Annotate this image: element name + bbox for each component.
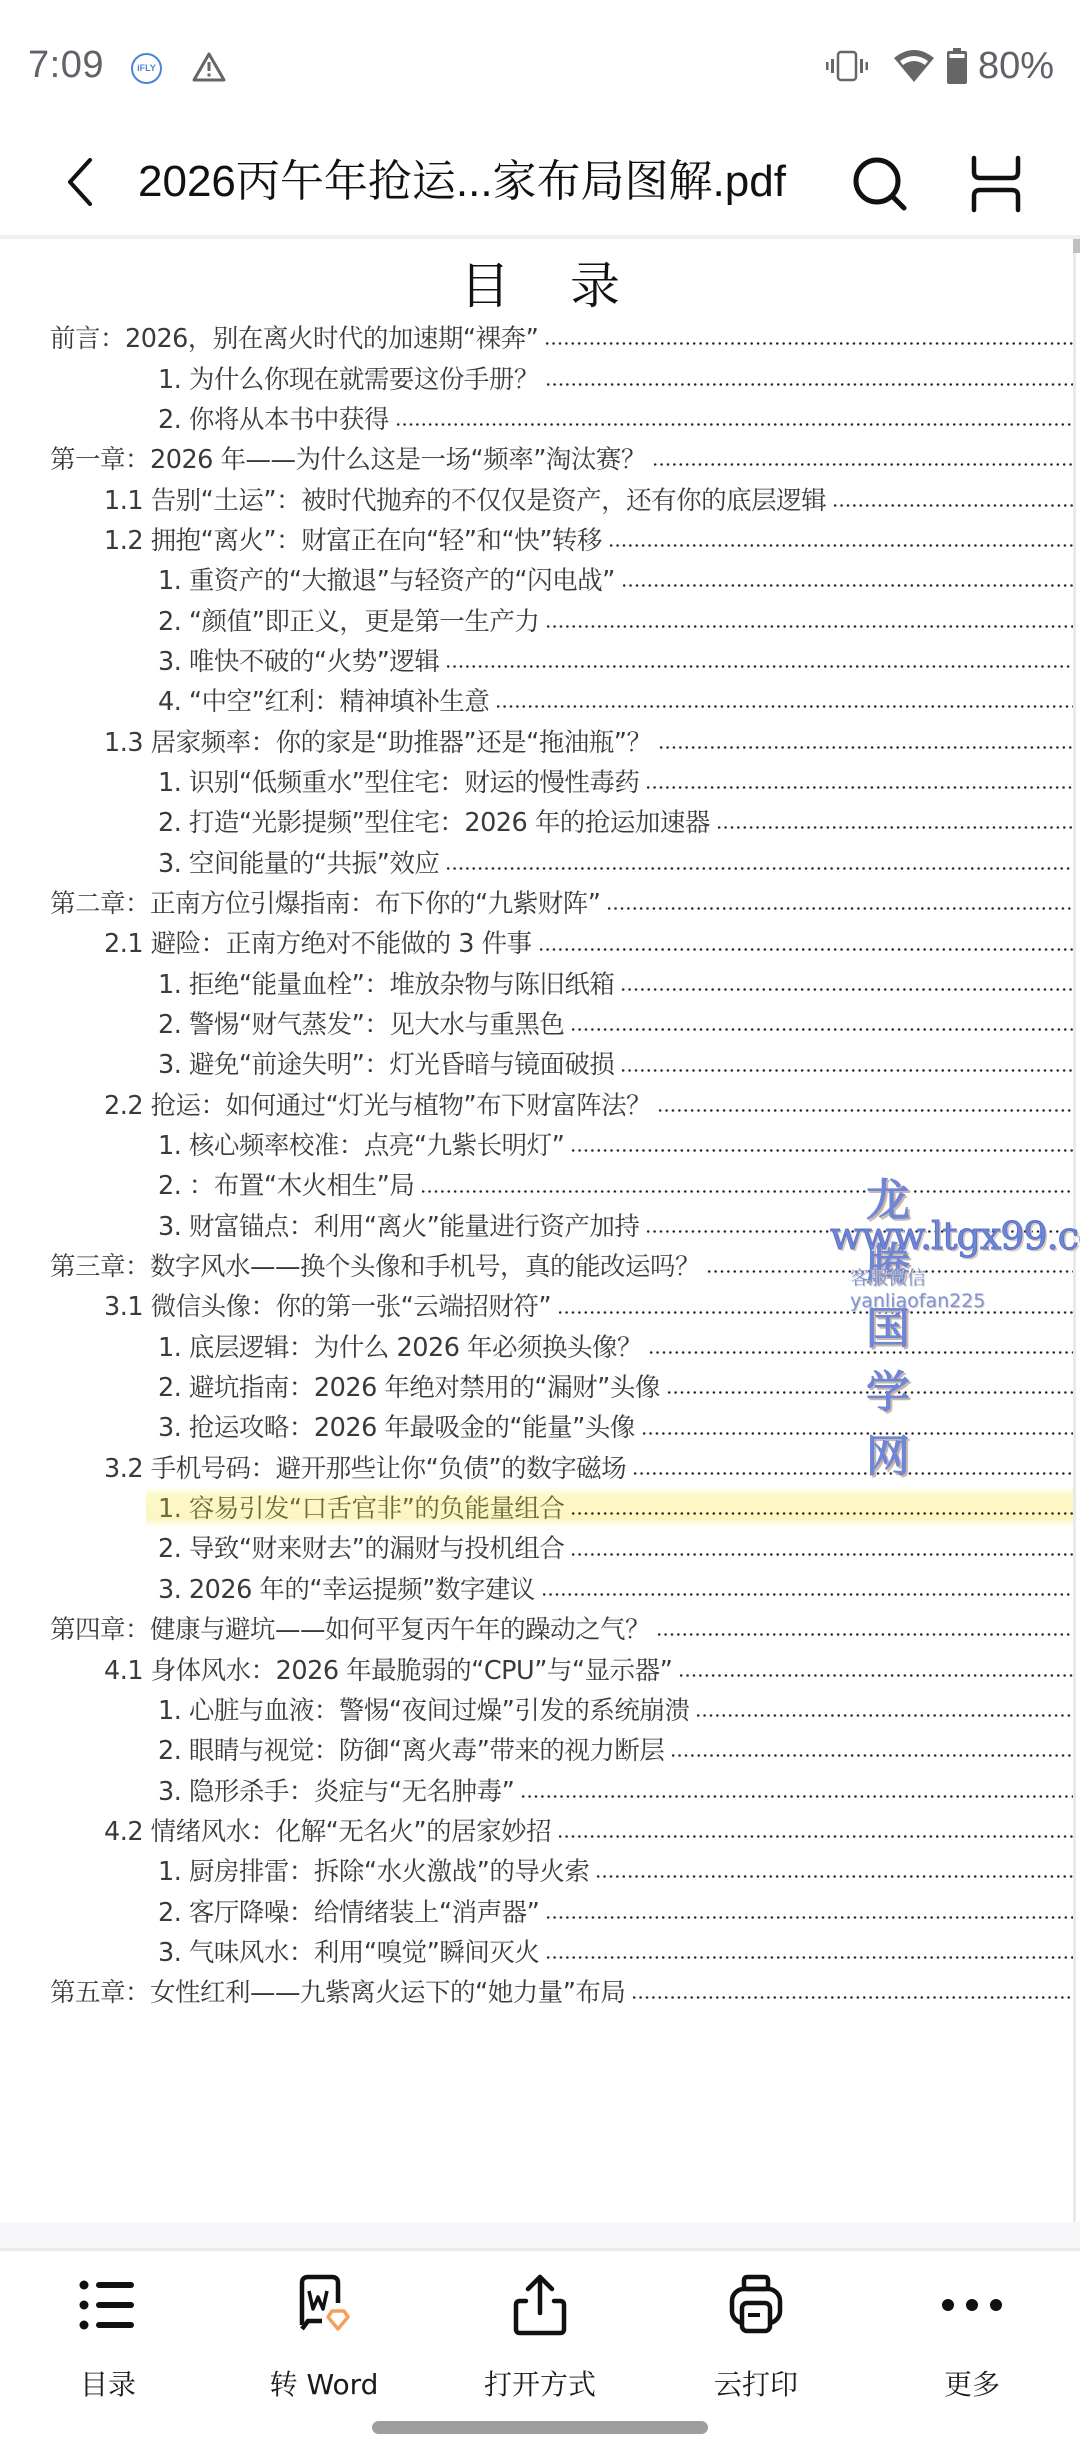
toc-subsection-entry[interactable]: 1. 厨房排雷：拆除“水火激战”的导火索 [0, 1850, 1076, 1890]
toc-dot-leader [606, 882, 1076, 922]
toc-dot-leader [570, 1003, 1076, 1043]
toc-dot-leader [570, 1124, 1076, 1164]
toc-subsection-entry[interactable]: 3. 避免“前途失明”：灯光昏暗与镜面破损 [0, 1043, 1076, 1083]
toc-chapter-entry[interactable]: 第四章：健康与避坑——如何平复丙午年的躁动之气？ [0, 1608, 1076, 1648]
toc-dot-leader [545, 1931, 1076, 1971]
convert-word-icon [292, 2273, 356, 2337]
toc-dot-leader [520, 1769, 1076, 1809]
toc-dot-leader [545, 1890, 1076, 1930]
toc-entry-text: 1. 底层逻辑：为什么 2026 年必须换头像？ [158, 1328, 642, 1364]
toc-dot-leader [545, 599, 1076, 639]
search-icon[interactable] [850, 154, 910, 214]
battery-icon [946, 48, 968, 84]
toc-dot-leader [608, 519, 1076, 559]
toc-dot-leader [495, 680, 1076, 720]
toc-entry-text: 1. 重资产的“大撤退”与轻资产的“闪电战” [158, 561, 615, 597]
toc-dot-leader [666, 1366, 1076, 1406]
toc-chapter-entry[interactable]: 前言：2026，别在离火时代的加速期“裸奔” [0, 317, 1076, 357]
toc-entry-text: 第四章：健康与避坑——如何平复丙午年的躁动之气？ [50, 1610, 650, 1646]
toc-subsection-entry[interactable]: 2. “颜值”即正义，更是第一生产力 [0, 599, 1076, 639]
toc-subsection-entry[interactable]: 1. 重资产的“大撤退”与轻资产的“闪电战” [0, 559, 1076, 599]
toc-chapter-entry[interactable]: 第五章：女性红利——九紫离火运下的“她力量”布局 [0, 1971, 1076, 2011]
toc-dot-leader [595, 1850, 1076, 1890]
more-button[interactable]: 更多 [864, 2251, 1080, 2426]
toc-entry-text: 2. 警惕“财气蒸发”：见大水与重黑色 [158, 1005, 564, 1041]
toc-subsection-entry[interactable]: 2. 警惕“财气蒸发”：见大水与重黑色 [0, 1003, 1076, 1043]
toc-subsection-entry[interactable]: 2. 你将从本书中获得 [0, 398, 1076, 438]
table-of-contents: 前言：2026，别在离火时代的加速期“裸奔”1. 为什么你现在就需要这份手册？2… [0, 317, 1076, 2011]
toc-dot-leader [658, 720, 1076, 760]
reading-mode-icon[interactable] [968, 154, 1024, 214]
toc-entry-text: 2.2 抢运：如何通过“灯光与植物”布下财富阵法？ [104, 1086, 651, 1122]
status-bar: 7:09 iFLY 80% [0, 0, 1080, 130]
toc-subsection-entry[interactable]: 4. “中空”红利：精神填补生意 [0, 680, 1076, 720]
cloud-print-label: 云打印 [714, 2363, 798, 2403]
toc-dot-leader [545, 357, 1076, 397]
toc-dot-leader [648, 1326, 1076, 1366]
toc-dot-leader [656, 1608, 1076, 1648]
toc-section-entry[interactable]: 1.1 告别“土运”：被时代抛弃的不仅仅是资产，还有你的底层逻辑 [0, 478, 1076, 518]
toc-section-entry[interactable]: 1.3 居家频率：你的家是“助推器”还是“拖油瓶”？ [0, 720, 1076, 760]
cloud-print-button[interactable]: 云打印 [648, 2251, 864, 2426]
toc-dot-leader [445, 841, 1076, 881]
toc-entry-text: 第五章：女性红利——九紫离火运下的“她力量”布局 [50, 1973, 625, 2009]
toc-entry-text: 3. 气味风水：利用“嗅觉”瞬间灭火 [158, 1933, 539, 1969]
toc-entry-text: 4.2 情绪风水：化解“无名火”的居家妙招 [104, 1812, 551, 1848]
toc-dot-leader [695, 1689, 1076, 1729]
toc-subsection-entry[interactable]: 3. 空间能量的“共振”效应 [0, 841, 1076, 881]
toc-entry-text: 3. 空间能量的“共振”效应 [158, 844, 439, 880]
toc-dot-leader [645, 761, 1076, 801]
toc-chapter-entry[interactable]: 第三章：数字风水——换个头像和手机号，真的能改运吗？ [0, 1245, 1076, 1285]
document-title: 2026丙午年抢运...家布局图解.pdf [138, 150, 786, 214]
toc-section-entry[interactable]: 3.1 微信头像：你的第一张“云端招财符” [0, 1285, 1076, 1325]
toc-list-icon [78, 2277, 138, 2333]
toc-entry-text: 第三章：数字风水——换个头像和手机号，真的能改运吗？ [50, 1247, 700, 1283]
toc-dot-leader [395, 398, 1076, 438]
back-arrow-icon[interactable] [58, 152, 108, 212]
toc-dot-leader [420, 1164, 1076, 1204]
toc-entry-text: 4.1 身体风水：2026 年最脆弱的“CPU”与“显示器” [104, 1651, 672, 1687]
toc-dot-leader [716, 801, 1076, 841]
toc-subsection-entry[interactable]: 1. 底层逻辑：为什么 2026 年必须换头像？ [0, 1326, 1076, 1366]
toc-subsection-entry[interactable]: 3. 财富锚点：利用“离火”能量进行资产加持 [0, 1205, 1076, 1245]
toc-dot-leader [670, 1729, 1076, 1769]
toc-subsection-entry[interactable]: 1. 拒绝“能量血栓”：堆放杂物与陈旧纸箱 [0, 963, 1076, 1003]
pdf-page[interactable]: 目录 前言：2026，别在离火时代的加速期“裸奔”1. 为什么你现在就需要这份手… [0, 239, 1076, 2222]
toc-dot-leader [657, 1084, 1076, 1124]
toc-subsection-entry[interactable]: 2. 避坑指南：2026 年绝对禁用的“漏财”头像 [0, 1366, 1076, 1406]
more-label: 更多 [944, 2363, 1000, 2403]
toc-heading: 目录 [0, 251, 1076, 321]
toc-subsection-entry[interactable]: 2. 眼睛与视觉：防御“离火毒”带来的视力断层 [0, 1729, 1076, 1769]
toc-section-entry[interactable]: 1.2 拥抱“离火”：财富正在向“轻”和“快”转移 [0, 519, 1076, 559]
toc-dot-leader [678, 1648, 1076, 1688]
toc-entry-text: 2.1 避险：正南方绝对不能做的 3 件事 [104, 924, 532, 960]
toc-subsection-entry[interactable]: 1. 容易引发“口舌官非”的负能量组合 [146, 1487, 1076, 1527]
toc-entry-text: 1. 识别“低频重水”型住宅：财运的慢性毒药 [158, 763, 639, 799]
more-icon [940, 2295, 1004, 2315]
ifly-icon: iFLY [131, 53, 162, 84]
open-with-button[interactable]: 打开方式 [432, 2251, 648, 2426]
toc-dot-leader [641, 1406, 1076, 1446]
cloud-print-icon [726, 2273, 786, 2337]
toc-entry-text: 3. 唯快不破的“火势”逻辑 [158, 642, 439, 678]
toc-entry-text: 2. 你将从本书中获得 [158, 400, 389, 436]
toc-subsection-entry[interactable]: 2. ：布置“木火相生”局 [0, 1164, 1076, 1204]
toc-dot-leader [570, 1527, 1076, 1567]
convert-word-label: 转 Word [270, 2363, 379, 2403]
toc-entry-text: 1. 心脏与血液：警惕“夜间过燥”引发的系统崩溃 [158, 1691, 689, 1727]
toc-dot-leader [645, 1205, 1076, 1245]
toc-entry-text: 2. “颜值”即正义，更是第一生产力 [158, 602, 539, 638]
toc-entry-text: 3. 隐形杀手：炎症与“无名肿毒” [158, 1772, 514, 1808]
toc-entry-text: 3. 抢运攻略：2026 年最吸金的“能量”头像 [158, 1408, 635, 1444]
toc-entry-text: 1. 核心频率校准：点亮“九紫长明灯” [158, 1126, 564, 1162]
toc-dot-leader [541, 1568, 1076, 1608]
toc-entry-text: 2. 眼睛与视觉：防御“离火毒”带来的视力断层 [158, 1731, 664, 1767]
bottom-toolbar: 目录 转 Word 打开方式 [0, 2251, 1080, 2426]
toc-button-label: 目录 [80, 2363, 136, 2403]
toc-section-entry[interactable]: 4.1 身体风水：2026 年最脆弱的“CPU”与“显示器” [0, 1648, 1076, 1688]
toc-entry-text: 3. 财富锚点：利用“离火”能量进行资产加持 [158, 1207, 639, 1243]
toc-subsection-entry[interactable]: 1. 为什么你现在就需要这份手册？ [0, 357, 1076, 397]
toc-entry-text: 2. 导致“财来财去”的漏财与投机组合 [158, 1529, 564, 1565]
system-status-icons: 80% [826, 40, 1054, 92]
toc-subsection-entry[interactable]: 3. 隐形杀手：炎症与“无名肿毒” [0, 1769, 1076, 1809]
toc-section-entry[interactable]: 2.1 避险：正南方绝对不能做的 3 件事 [0, 922, 1076, 962]
toc-section-entry[interactable]: 3.2 手机号码：避开那些让你“负债”的数字磁场 [0, 1447, 1076, 1487]
toc-subsection-entry[interactable]: 3. 抢运攻略：2026 年最吸金的“能量”头像 [0, 1406, 1076, 1446]
toc-entry-text: 3.1 微信头像：你的第一张“云端招财符” [104, 1287, 551, 1323]
toc-entry-text: 4. “中空”红利：精神填补生意 [158, 682, 489, 718]
toc-dot-leader [557, 1285, 1076, 1325]
toc-section-entry[interactable]: 2.2 抢运：如何通过“灯光与植物”布下财富阵法？ [0, 1084, 1076, 1124]
toc-dot-leader [706, 1245, 1076, 1285]
wifi-icon [892, 48, 936, 84]
toc-entry-text: 2. ：布置“木火相生”局 [158, 1166, 414, 1202]
toc-subsection-entry[interactable]: 2. 客厅降噪：给情绪装上“消声器” [0, 1890, 1076, 1930]
home-indicator[interactable] [372, 2421, 708, 2434]
vibrate-icon [826, 50, 868, 82]
page-gap [0, 2222, 1080, 2250]
toc-dot-leader [631, 1971, 1076, 2011]
convert-word-button[interactable]: 转 Word [216, 2251, 432, 2426]
toc-button[interactable]: 目录 [0, 2251, 216, 2426]
toc-dot-leader [538, 922, 1076, 962]
toc-dot-leader [557, 1810, 1076, 1850]
toc-entry-text: 1.2 拥抱“离火”：财富正在向“轻”和“快”转移 [104, 521, 602, 557]
toc-dot-leader [570, 1487, 1076, 1527]
toc-dot-leader [621, 559, 1076, 599]
toc-dot-leader [620, 1043, 1076, 1083]
toc-dot-leader [544, 317, 1076, 357]
toc-entry-text: 3. 2026 年的“幸运提频”数字建议 [158, 1570, 535, 1606]
share-open-with-icon [510, 2273, 570, 2337]
toc-entry-text: 第二章：正南方位引爆指南：布下你的“九紫财阵” [50, 884, 600, 920]
warning-icon [192, 52, 226, 82]
battery-percent: 80% [978, 45, 1054, 88]
toc-entry-text: 第一章：2026 年——为什么这是一场“频率”淘汰赛？ [50, 440, 646, 476]
toc-entry-text: 2. 客厅降噪：给情绪装上“消声器” [158, 1893, 539, 1929]
toc-subsection-entry[interactable]: 3. 气味风水：利用“嗅觉”瞬间灭火 [0, 1931, 1076, 1971]
toc-dot-leader [620, 963, 1076, 1003]
toc-entry-text: 前言：2026，别在离火时代的加速期“裸奔” [50, 319, 538, 355]
toc-subsection-entry[interactable]: 2. 打造“光影提频”型住宅：2026 年的抢运加速器 [0, 801, 1076, 841]
toc-entry-text: 1.3 居家频率：你的家是“助推器”还是“拖油瓶”？ [104, 723, 652, 759]
toc-subsection-entry[interactable]: 3. 唯快不破的“火势”逻辑 [0, 640, 1076, 680]
toc-entry-text: 3. 避免“前途失明”：灯光昏暗与镜面破损 [158, 1045, 614, 1081]
toc-dot-leader [632, 1447, 1076, 1487]
toc-subsection-entry[interactable]: 1. 核心频率校准：点亮“九紫长明灯” [0, 1124, 1076, 1164]
app-header: 2026丙午年抢运...家布局图解.pdf [0, 130, 1080, 238]
toc-section-entry[interactable]: 4.2 情绪风水：化解“无名火”的居家妙招 [0, 1810, 1076, 1850]
toc-dot-leader [832, 478, 1076, 518]
open-with-label: 打开方式 [484, 2363, 596, 2403]
scrollbar-thumb[interactable] [1073, 239, 1080, 253]
toc-entry-text: 1. 拒绝“能量血栓”：堆放杂物与陈旧纸箱 [158, 965, 614, 1001]
toc-subsection-entry[interactable]: 3. 2026 年的“幸运提频”数字建议 [0, 1568, 1076, 1608]
toc-entry-text: 2. 打造“光影提频”型住宅：2026 年的抢运加速器 [158, 803, 710, 839]
toc-entry-text: 1. 厨房排雷：拆除“水火激战”的导火索 [158, 1852, 589, 1888]
toc-entry-text: 1. 容易引发“口舌官非”的负能量组合 [158, 1489, 564, 1525]
toc-subsection-entry[interactable]: 1. 心脏与血液：警惕“夜间过燥”引发的系统崩溃 [0, 1689, 1076, 1729]
toc-dot-leader [445, 640, 1076, 680]
toc-entry-text: 3.2 手机号码：避开那些让你“负债”的数字磁场 [104, 1449, 626, 1485]
toc-dot-leader [652, 438, 1076, 478]
toc-chapter-entry[interactable]: 第一章：2026 年——为什么这是一场“频率”淘汰赛？ [0, 438, 1076, 478]
toc-entry-text: 1. 为什么你现在就需要这份手册？ [158, 360, 539, 396]
toc-chapter-entry[interactable]: 第二章：正南方位引爆指南：布下你的“九紫财阵” [0, 882, 1076, 922]
toc-entry-text: 1.1 告别“土运”：被时代抛弃的不仅仅是资产，还有你的底层逻辑 [104, 481, 826, 517]
toc-subsection-entry[interactable]: 1. 识别“低频重水”型住宅：财运的慢性毒药 [0, 761, 1076, 801]
toc-entry-text: 2. 避坑指南：2026 年绝对禁用的“漏财”头像 [158, 1368, 660, 1404]
status-time: 7:09 [28, 44, 104, 87]
toc-subsection-entry[interactable]: 2. 导致“财来财去”的漏财与投机组合 [0, 1527, 1076, 1567]
